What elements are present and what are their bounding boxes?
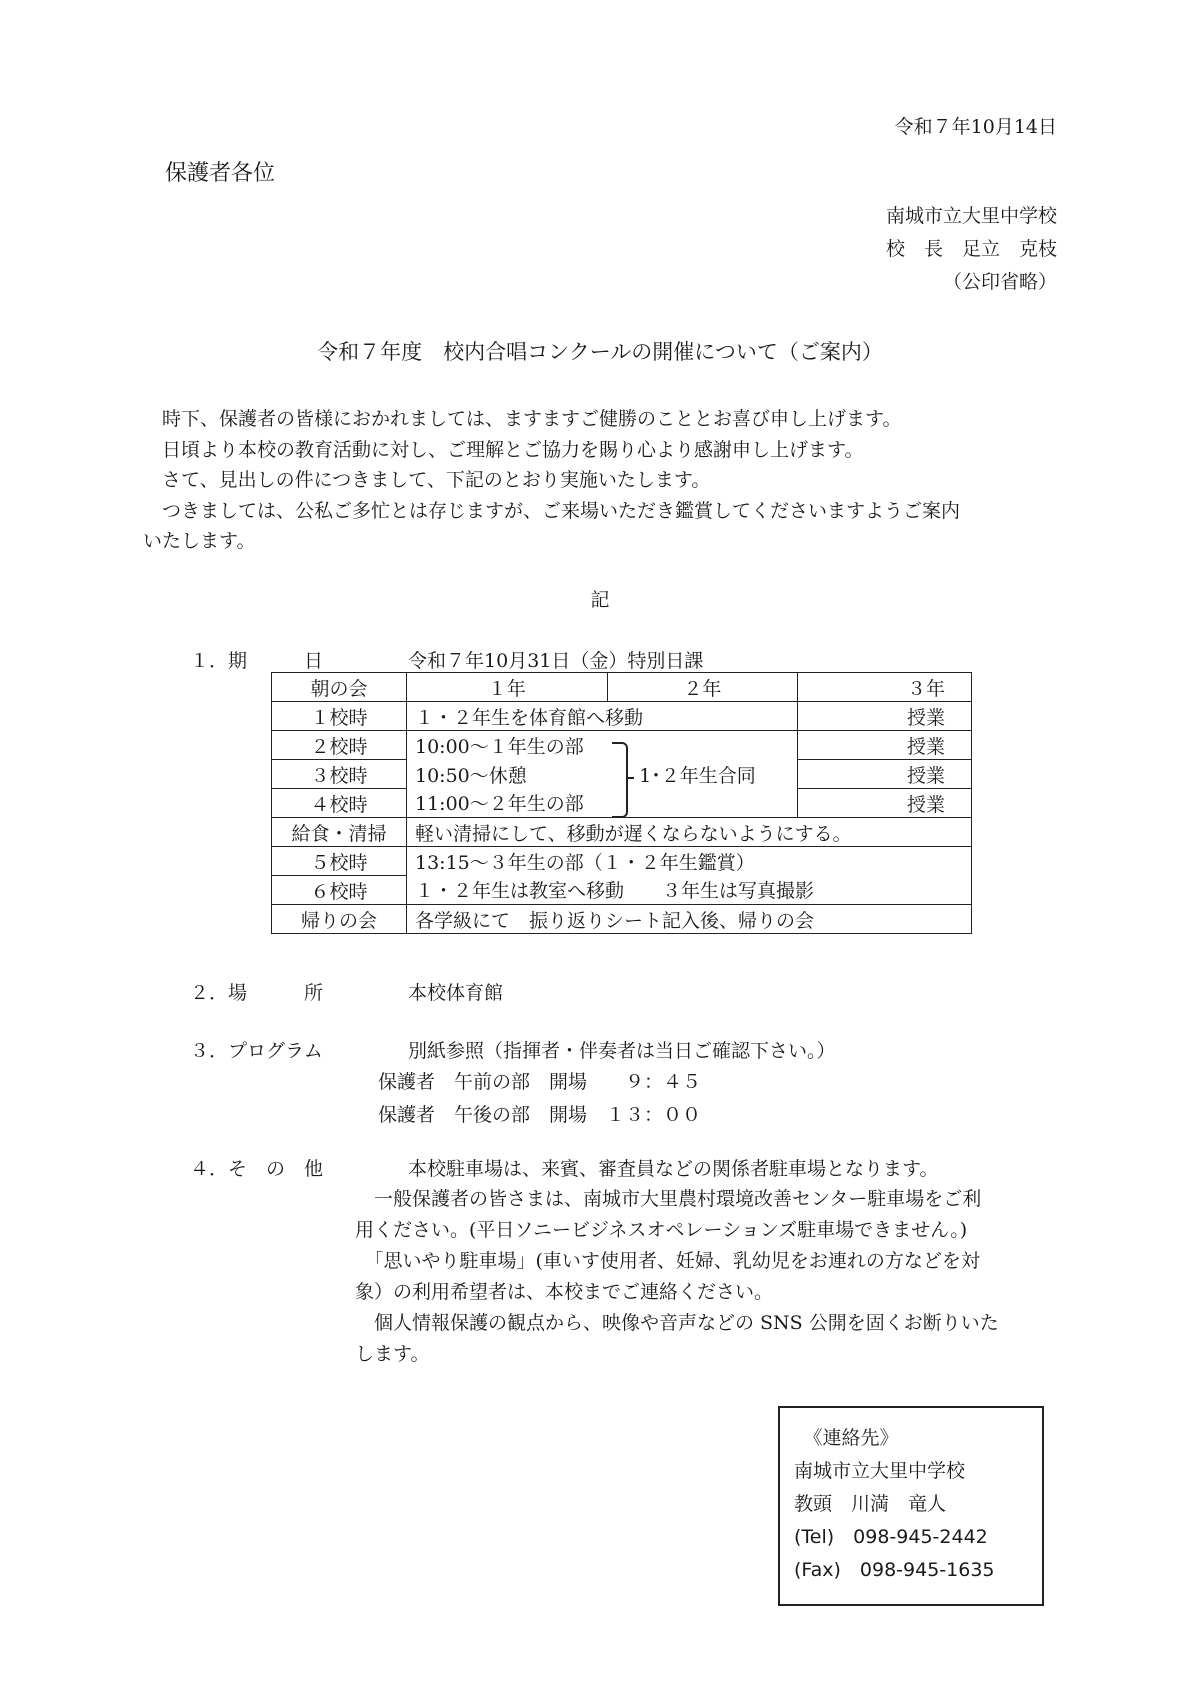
- note-line: します。: [355, 1339, 1055, 1370]
- contact-tel: (Tel) 098-945-2442: [794, 1521, 1042, 1554]
- contact-heading: 《連絡先》: [794, 1422, 1042, 1455]
- section-value: 本校体育館: [408, 982, 503, 1004]
- table-row: 帰りの会 各学級にて 振り返りシート記入後、帰りの会: [272, 905, 972, 934]
- grade3-cell: 授業: [798, 702, 972, 731]
- content-cell: １・２年生を体育館へ移動: [406, 702, 797, 731]
- section-other: ４．そ の 他本校駐車場は、来賓、審査員などの関係者駐車場となります。: [190, 1154, 939, 1184]
- table-row: 給食・清掃 軽い清掃にして、移動が遅くならないようにする。: [272, 818, 972, 847]
- period-cell: 帰りの会: [272, 905, 407, 934]
- contact-school: 南城市立大里中学校: [794, 1455, 1042, 1488]
- contact-person: 教頭 川満 竜人: [794, 1488, 1042, 1521]
- contact-fax: (Fax) 098-945-1635: [794, 1554, 1042, 1587]
- grade3-cell: 授業: [798, 789, 972, 818]
- content-cell: 11:00～２年生の部: [406, 789, 607, 818]
- content-cell: 軽い清掃にして、移動が遅くならないようにする。: [406, 818, 971, 847]
- contact-box: 《連絡先》 南城市立大里中学校 教頭 川満 竜人 (Tel) 098-945-2…: [778, 1406, 1044, 1606]
- table-row: ５校時 13:15～３年生の部（１・２年生鑑賞）: [272, 847, 972, 876]
- note-line: 一般保護者の皆さまは、南城市大里農村環境改善センター駐車場をご利: [355, 1184, 1055, 1215]
- period-cell: ５校時: [272, 847, 407, 876]
- content-cell: 13:15～３年生の部（１・２年生鑑賞）: [406, 847, 971, 876]
- ki-heading: 記: [0, 585, 1200, 612]
- period-cell: 給食・清掃: [272, 818, 407, 847]
- section-number: ４．: [190, 1158, 228, 1180]
- section-value: 令和７年10月31日（金）特別日課: [408, 650, 703, 672]
- body-paragraph: いたします。: [143, 526, 1063, 557]
- program-line: 保護者 午前の部 開場 ９：４５: [378, 1066, 701, 1099]
- brace-tick: [626, 777, 634, 779]
- sender-school: 南城市立大里中学校: [886, 200, 1057, 233]
- section-number: ２．: [190, 982, 228, 1004]
- body-text: 時下、保護者の皆様におかれましては、ますますご健勝のこととお喜び申し上げます。 …: [143, 404, 1063, 557]
- document-date: 令和７年10月14日: [895, 112, 1057, 142]
- sender-principal: 校 長 足立 克枝: [886, 233, 1057, 266]
- content-cell: １・２年生は教室へ移動 ３年生は写真撮影: [406, 876, 971, 905]
- section-number: １．: [190, 650, 228, 672]
- body-paragraph: 日頃より本校の教育活動に対し、ご理解とご協力を賜り心より感謝申し上げます。: [143, 435, 1063, 466]
- section-value: 本校駐車場は、来賓、審査員などの関係者駐車場となります。: [408, 1158, 938, 1180]
- program-line: 保護者 午後の部 開場 １３：００: [378, 1099, 701, 1132]
- period-cell: ２校時: [272, 731, 407, 760]
- addressee: 保護者各位: [165, 156, 275, 187]
- period-cell: ３校時: [272, 760, 407, 789]
- period-cell: ４校時: [272, 789, 407, 818]
- note-line: 個人情報保護の観点から、映像や音声などの SNS 公開を固くお断りいた: [355, 1308, 1055, 1339]
- grade3-cell: 授業: [798, 731, 972, 760]
- note-line: 用ください。(平日ソニービジネスオペレーションズ駐車場できません。): [355, 1215, 1055, 1246]
- section-label: 場 所: [228, 978, 408, 1008]
- body-paragraph: さて、見出しの件につきまして、下記のとおり実施いたします。: [143, 465, 1063, 496]
- seal-note: （公印省略）: [886, 266, 1057, 299]
- table-header-cell: ２年: [607, 673, 798, 702]
- other-notes: 一般保護者の皆さまは、南城市大里農村環境改善センター駐車場をご利 用ください。(…: [355, 1184, 1055, 1370]
- body-paragraph: 時下、保護者の皆様におかれましては、ますますご健勝のこととお喜び申し上げます。: [143, 404, 1063, 435]
- section-place: ２．場 所本校体育館: [190, 978, 503, 1008]
- table-header-cell: ３年: [798, 673, 972, 702]
- section-value: 別紙参照（指揮者・伴奏者は当日ご確認下さい。）: [408, 1040, 836, 1062]
- table-header-cell: 朝の会: [272, 673, 407, 702]
- note-line: 「思いやり駐車場」(車いす使用者、妊婦、乳幼児をお連れの方などを対: [355, 1246, 1055, 1277]
- table-row: ６校時 １・２年生は教室へ移動 ３年生は写真撮影: [272, 876, 972, 905]
- section-label: そ の 他: [228, 1154, 408, 1184]
- section-program: ３．プログラム別紙参照（指揮者・伴奏者は当日ご確認下さい。）: [190, 1036, 836, 1066]
- period-cell: １校時: [272, 702, 407, 731]
- grade3-cell: 授業: [798, 760, 972, 789]
- content-cell: 各学級にて 振り返りシート記入後、帰りの会: [406, 905, 971, 934]
- content-cell: 10:50～休憩: [406, 760, 607, 789]
- period-cell: ６校時: [272, 876, 407, 905]
- table-row: １校時 １・２年生を体育館へ移動 授業: [272, 702, 972, 731]
- program-times: 保護者 午前の部 開場 ９：４５ 保護者 午後の部 開場 １３：００: [378, 1066, 701, 1132]
- combined-cell: 1･２年生合同: [607, 731, 798, 818]
- section-number: ３．: [190, 1040, 228, 1062]
- section-label: プログラム: [228, 1036, 408, 1066]
- note-line: 象）の利用希望者は、本校までご連絡ください。: [355, 1277, 1055, 1308]
- table-header-row: 朝の会 １年 ２年 ３年: [272, 673, 972, 702]
- body-paragraph: つきましては、公私ご多忙とは存じますが、ご来場いただき鑑賞してくださいますようご…: [143, 496, 1063, 527]
- content-cell: 10:00～１年生の部: [406, 731, 607, 760]
- right-brace-icon: [612, 742, 628, 818]
- sender-block: 南城市立大里中学校 校 長 足立 克枝 （公印省略）: [886, 200, 1057, 299]
- table-header-cell: １年: [406, 673, 607, 702]
- document-title: 令和７年度 校内合唱コンクールの開催について（ご案内）: [0, 336, 1200, 366]
